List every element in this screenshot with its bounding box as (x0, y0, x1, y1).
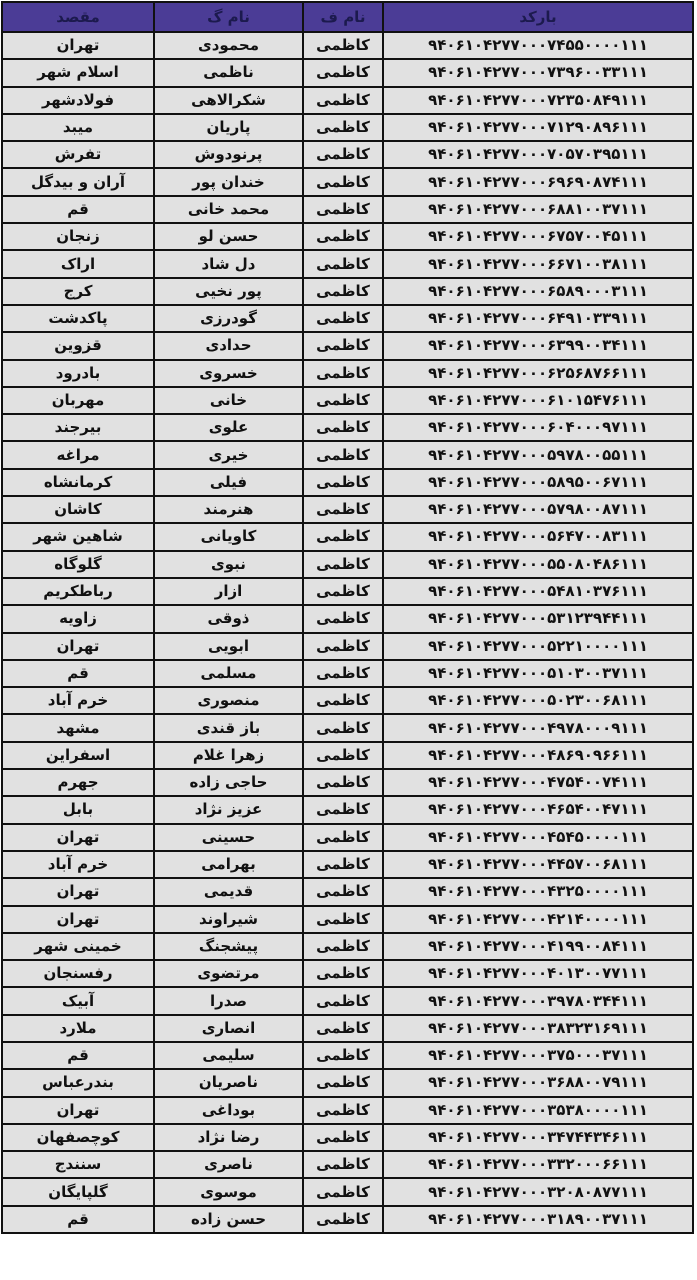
cell-destination: فولادشهر (2, 87, 154, 114)
cell-barcode: ۹۴۰۶۱۰۴۲۷۷۰۰۰۵۶۴۷۰۰۸۳۱۱۱ (383, 523, 693, 550)
table-row: ۹۴۰۶۱۰۴۲۷۷۰۰۰۵۷۹۸۰۰۸۷۱۱۱کاظمیهنرمندکاشان (2, 496, 693, 523)
table-row: ۹۴۰۶۱۰۴۲۷۷۰۰۰۴۴۵۷۰۰۶۸۱۱۱کاظمیبهرامیخرم آ… (2, 851, 693, 878)
cell-last-name: کاظمی (303, 960, 383, 987)
table-row: ۹۴۰۶۱۰۴۲۷۷۰۰۰۷۲۳۵۰۸۴۹۱۱۱کاظمیشکرالاهیفول… (2, 87, 693, 114)
cell-barcode: ۹۴۰۶۱۰۴۲۷۷۰۰۰۳۴۷۴۴۳۴۶۱۱۱ (383, 1124, 693, 1151)
cell-last-name: کاظمی (303, 360, 383, 387)
cell-last-name: کاظمی (303, 769, 383, 796)
cell-first-name: باز قندی (154, 714, 303, 741)
cell-barcode: ۹۴۰۶۱۰۴۲۷۷۰۰۰۵۳۱۲۳۹۴۴۱۱۱ (383, 605, 693, 632)
cell-destination: سنندج (2, 1151, 154, 1178)
cell-first-name: هنرمند (154, 496, 303, 523)
cell-last-name: کاظمی (303, 250, 383, 277)
table-row: ۹۴۰۶۱۰۴۲۷۷۰۰۰۳۸۳۲۳۱۶۹۱۱۱کاظمیانصاریملارد (2, 1015, 693, 1042)
cell-last-name: کاظمی (303, 469, 383, 496)
cell-destination: قم (2, 1042, 154, 1069)
cell-last-name: کاظمی (303, 414, 383, 441)
cell-first-name: خندان پور (154, 168, 303, 195)
cell-first-name: ابویی (154, 633, 303, 660)
cell-last-name: کاظمی (303, 32, 383, 59)
cell-barcode: ۹۴۰۶۱۰۴۲۷۷۰۰۰۵۱۰۳۰۰۳۷۱۱۱ (383, 660, 693, 687)
cell-destination: رباطکریم (2, 578, 154, 605)
table-row: ۹۴۰۶۱۰۴۲۷۷۰۰۰۶۰۴۰۰۰۹۷۱۱۱کاظمیعلویبیرجند (2, 414, 693, 441)
table-row: ۹۴۰۶۱۰۴۲۷۷۰۰۰۷۴۵۵۰۰۰۰۱۱۱کاظمیمحمودیتهران (2, 32, 693, 59)
cell-last-name: کاظمی (303, 87, 383, 114)
cell-last-name: کاظمی (303, 496, 383, 523)
table-row: ۹۴۰۶۱۰۴۲۷۷۰۰۰۶۶۷۱۰۰۳۸۱۱۱کاظمیدل شاداراک (2, 250, 693, 277)
table-row: ۹۴۰۶۱۰۴۲۷۷۰۰۰۴۵۴۵۰۰۰۰۱۱۱کاظمیحسینیتهران (2, 824, 693, 851)
cell-destination: تهران (2, 32, 154, 59)
cell-barcode: ۹۴۰۶۱۰۴۲۷۷۰۰۰۵۴۸۱۰۳۷۶۱۱۱ (383, 578, 693, 605)
cell-destination: تهران (2, 878, 154, 905)
cell-destination: قم (2, 1206, 154, 1233)
table-row: ۹۴۰۶۱۰۴۲۷۷۰۰۰۶۲۵۶۸۷۶۶۱۱۱کاظمیخسرویبادرود (2, 360, 693, 387)
cell-barcode: ۹۴۰۶۱۰۴۲۷۷۰۰۰۷۳۹۶۰۰۳۳۱۱۱ (383, 59, 693, 86)
table-row: ۹۴۰۶۱۰۴۲۷۷۰۰۰۳۹۷۸۰۳۴۴۱۱۱کاظمیصدراآبیک (2, 987, 693, 1014)
table-row: ۹۴۰۶۱۰۴۲۷۷۰۰۰۴۲۱۴۰۰۰۰۱۱۱کاظمیشیراوندتهرا… (2, 906, 693, 933)
cell-first-name: حاجی زاده (154, 769, 303, 796)
cell-destination: تهران (2, 633, 154, 660)
table-row: ۹۴۰۶۱۰۴۲۷۷۰۰۰۷۰۵۷۰۳۹۵۱۱۱کاظمیپرنودوشتفرش (2, 141, 693, 168)
cell-destination: خرم آباد (2, 851, 154, 878)
cell-destination: آران و بیدگل (2, 168, 154, 195)
cell-destination: زاویه (2, 605, 154, 632)
table-row: ۹۴۰۶۱۰۴۲۷۷۰۰۰۴۰۱۳۰۰۷۷۱۱۱کاظمیمرتضویرفسنج… (2, 960, 693, 987)
table-row: ۹۴۰۶۱۰۴۲۷۷۰۰۰۵۰۲۳۰۰۶۸۱۱۱کاظمیمنصوریخرم آ… (2, 687, 693, 714)
cell-destination: اراک (2, 250, 154, 277)
cell-last-name: کاظمی (303, 1097, 383, 1124)
cell-destination: کوچصفهان (2, 1124, 154, 1151)
cell-last-name: کاظمی (303, 633, 383, 660)
cell-barcode: ۹۴۰۶۱۰۴۲۷۷۰۰۰۳۶۸۸۰۰۷۹۱۱۱ (383, 1069, 693, 1096)
cell-first-name: حسن زاده (154, 1206, 303, 1233)
cell-first-name: محمودی (154, 32, 303, 59)
cell-destination: گلوگاه (2, 551, 154, 578)
cell-last-name: کاظمی (303, 578, 383, 605)
cell-first-name: زهرا غلام (154, 742, 303, 769)
table-row: ۹۴۰۶۱۰۴۲۷۷۰۰۰۴۶۵۴۰۰۴۷۱۱۱کاظمیعزیز نژادبا… (2, 796, 693, 823)
cell-barcode: ۹۴۰۶۱۰۴۲۷۷۰۰۰۶۷۵۷۰۰۴۵۱۱۱ (383, 223, 693, 250)
cell-barcode: ۹۴۰۶۱۰۴۲۷۷۰۰۰۴۱۹۹۰۰۸۴۱۱۱ (383, 933, 693, 960)
cell-last-name: کاظمی (303, 196, 383, 223)
table-row: ۹۴۰۶۱۰۴۲۷۷۰۰۰۳۴۷۴۴۳۴۶۱۱۱کاظمیرضا نژادکوچ… (2, 1124, 693, 1151)
cell-first-name: پور نخیی (154, 278, 303, 305)
table-row: ۹۴۰۶۱۰۴۲۷۷۰۰۰۵۳۱۲۳۹۴۴۱۱۱کاظمیذوقیزاویه (2, 605, 693, 632)
cell-last-name: کاظمی (303, 168, 383, 195)
cell-barcode: ۹۴۰۶۱۰۴۲۷۷۰۰۰۶۶۷۱۰۰۳۸۱۱۱ (383, 250, 693, 277)
cell-barcode: ۹۴۰۶۱۰۴۲۷۷۰۰۰۴۰۱۳۰۰۷۷۱۱۱ (383, 960, 693, 987)
cell-last-name: کاظمی (303, 441, 383, 468)
cell-last-name: کاظمی (303, 933, 383, 960)
cell-last-name: کاظمی (303, 1015, 383, 1042)
table-row: ۹۴۰۶۱۰۴۲۷۷۰۰۰۳۶۸۸۰۰۷۹۱۱۱کاظمیناصریانبندر… (2, 1069, 693, 1096)
cell-destination: جهرم (2, 769, 154, 796)
cell-barcode: ۹۴۰۶۱۰۴۲۷۷۰۰۰۵۷۹۸۰۰۸۷۱۱۱ (383, 496, 693, 523)
cell-barcode: ۹۴۰۶۱۰۴۲۷۷۰۰۰۷۱۲۹۰۸۹۶۱۱۱ (383, 114, 693, 141)
cell-barcode: ۹۴۰۶۱۰۴۲۷۷۰۰۰۳۳۲۰۰۰۶۶۱۱۱ (383, 1151, 693, 1178)
cell-last-name: کاظمی (303, 387, 383, 414)
table-row: ۹۴۰۶۱۰۴۲۷۷۰۰۰۳۲۰۸۰۸۷۷۱۱۱کاظمیموسویگلپایگ… (2, 1178, 693, 1205)
table-row: ۹۴۰۶۱۰۴۲۷۷۰۰۰۳۵۳۸۰۰۰۰۱۱۱کاظمیبوداغیتهران (2, 1097, 693, 1124)
cell-barcode: ۹۴۰۶۱۰۴۲۷۷۰۰۰۴۹۷۸۰۰۰۹۱۱۱ (383, 714, 693, 741)
cell-barcode: ۹۴۰۶۱۰۴۲۷۷۰۰۰۶۴۹۱۰۳۳۹۱۱۱ (383, 305, 693, 332)
table-row: ۹۴۰۶۱۰۴۲۷۷۰۰۰۵۱۰۳۰۰۳۷۱۱۱کاظمیمسلمیقم (2, 660, 693, 687)
cell-first-name: ازار (154, 578, 303, 605)
cell-first-name: شیراوند (154, 906, 303, 933)
cell-first-name: مسلمی (154, 660, 303, 687)
cell-barcode: ۹۴۰۶۱۰۴۲۷۷۰۰۰۴۴۵۷۰۰۶۸۱۱۱ (383, 851, 693, 878)
cell-destination: مشهد (2, 714, 154, 741)
cell-destination: شاهین شهر (2, 523, 154, 550)
cell-destination: کرمانشاه (2, 469, 154, 496)
table-row: ۹۴۰۶۱۰۴۲۷۷۰۰۰۵۶۴۷۰۰۸۳۱۱۱کاظمیکاویانیشاهی… (2, 523, 693, 550)
cell-destination: زنجان (2, 223, 154, 250)
table-row: ۹۴۰۶۱۰۴۲۷۷۰۰۰۳۷۵۰۰۰۳۷۱۱۱کاظمیسلیمیقم (2, 1042, 693, 1069)
cell-first-name: بهرامی (154, 851, 303, 878)
cell-barcode: ۹۴۰۶۱۰۴۲۷۷۰۰۰۵۰۲۳۰۰۶۸۱۱۱ (383, 687, 693, 714)
cell-last-name: کاظمی (303, 1042, 383, 1069)
cell-first-name: خسروی (154, 360, 303, 387)
cell-destination: ملارد (2, 1015, 154, 1042)
cell-destination: قم (2, 196, 154, 223)
cell-barcode: ۹۴۰۶۱۰۴۲۷۷۰۰۰۵۹۷۸۰۰۵۵۱۱۱ (383, 441, 693, 468)
cell-first-name: پیشجنگ (154, 933, 303, 960)
cell-first-name: علوی (154, 414, 303, 441)
cell-first-name: حدادی (154, 332, 303, 359)
table-row: ۹۴۰۶۱۰۴۲۷۷۰۰۰۶۸۸۱۰۰۳۷۱۱۱کاظمیمحمد خانیقم (2, 196, 693, 223)
cell-last-name: کاظمی (303, 551, 383, 578)
cell-last-name: کاظمی (303, 1124, 383, 1151)
cell-last-name: کاظمی (303, 1178, 383, 1205)
cell-barcode: ۹۴۰۶۱۰۴۲۷۷۰۰۰۳۱۸۹۰۰۳۷۱۱۱ (383, 1206, 693, 1233)
cell-last-name: کاظمی (303, 1206, 383, 1233)
cell-last-name: کاظمی (303, 742, 383, 769)
cell-first-name: ذوقی (154, 605, 303, 632)
cell-barcode: ۹۴۰۶۱۰۴۲۷۷۰۰۰۴۵۴۵۰۰۰۰۱۱۱ (383, 824, 693, 851)
cell-barcode: ۹۴۰۶۱۰۴۲۷۷۰۰۰۳۸۳۲۳۱۶۹۱۱۱ (383, 1015, 693, 1042)
cell-destination: مراغه (2, 441, 154, 468)
cell-destination: اسفراین (2, 742, 154, 769)
cell-first-name: خیری (154, 441, 303, 468)
cell-first-name: منصوری (154, 687, 303, 714)
cell-last-name: کاظمی (303, 114, 383, 141)
cell-barcode: ۹۴۰۶۱۰۴۲۷۷۰۰۰۶۲۵۶۸۷۶۶۱۱۱ (383, 360, 693, 387)
cell-last-name: کاظمی (303, 824, 383, 851)
header-row: بارکد نام ف نام گ مقصد (2, 2, 693, 32)
cell-barcode: ۹۴۰۶۱۰۴۲۷۷۰۰۰۴۷۵۴۰۰۷۴۱۱۱ (383, 769, 693, 796)
cell-destination: بابل (2, 796, 154, 823)
cell-first-name: مرتضوی (154, 960, 303, 987)
table-row: ۹۴۰۶۱۰۴۲۷۷۰۰۰۷۱۲۹۰۸۹۶۱۱۱کاظمیپاریانمیبد (2, 114, 693, 141)
cell-last-name: کاظمی (303, 223, 383, 250)
cell-barcode: ۹۴۰۶۱۰۴۲۷۷۰۰۰۶۵۸۹۰۰۰۳۱۱۱ (383, 278, 693, 305)
cell-last-name: کاظمی (303, 141, 383, 168)
cell-barcode: ۹۴۰۶۱۰۴۲۷۷۰۰۰۵۸۹۵۰۰۶۷۱۱۱ (383, 469, 693, 496)
table-row: ۹۴۰۶۱۰۴۲۷۷۰۰۰۵۹۷۸۰۰۵۵۱۱۱کاظمیخیریمراغه (2, 441, 693, 468)
cell-destination: بندرعباس (2, 1069, 154, 1096)
cell-first-name: حسینی (154, 824, 303, 851)
cell-last-name: کاظمی (303, 906, 383, 933)
table-row: ۹۴۰۶۱۰۴۲۷۷۰۰۰۶۹۶۹۰۸۷۴۱۱۱کاظمیخندان پورآر… (2, 168, 693, 195)
table-body: ۹۴۰۶۱۰۴۲۷۷۰۰۰۷۴۵۵۰۰۰۰۱۱۱کاظمیمحمودیتهران… (2, 32, 693, 1233)
table-row: ۹۴۰۶۱۰۴۲۷۷۰۰۰۴۷۵۴۰۰۷۴۱۱۱کاظمیحاجی زادهجه… (2, 769, 693, 796)
cell-first-name: حسن لو (154, 223, 303, 250)
table-row: ۹۴۰۶۱۰۴۲۷۷۰۰۰۶۵۸۹۰۰۰۳۱۱۱کاظمیپور نخییکرج (2, 278, 693, 305)
cell-last-name: کاظمی (303, 605, 383, 632)
cell-first-name: عزیز نژاد (154, 796, 303, 823)
header-destination: مقصد (2, 2, 154, 32)
cell-barcode: ۹۴۰۶۱۰۴۲۷۷۰۰۰۳۵۳۸۰۰۰۰۱۱۱ (383, 1097, 693, 1124)
cell-first-name: ناصریان (154, 1069, 303, 1096)
cell-last-name: کاظمی (303, 660, 383, 687)
cell-destination: بیرجند (2, 414, 154, 441)
cell-last-name: کاظمی (303, 1069, 383, 1096)
cell-first-name: انصاری (154, 1015, 303, 1042)
cell-first-name: قدیمی (154, 878, 303, 905)
cell-barcode: ۹۴۰۶۱۰۴۲۷۷۰۰۰۶۳۹۹۰۰۳۴۱۱۱ (383, 332, 693, 359)
cell-last-name: کاظمی (303, 714, 383, 741)
cell-first-name: گودرزی (154, 305, 303, 332)
cell-destination: گلپایگان (2, 1178, 154, 1205)
cell-destination: تهران (2, 906, 154, 933)
cell-barcode: ۹۴۰۶۱۰۴۲۷۷۰۰۰۷۴۵۵۰۰۰۰۱۱۱ (383, 32, 693, 59)
cell-first-name: پرنودوش (154, 141, 303, 168)
cell-first-name: شکرالاهی (154, 87, 303, 114)
header-barcode: بارکد (383, 2, 693, 32)
cell-last-name: کاظمی (303, 687, 383, 714)
cell-first-name: نبوی (154, 551, 303, 578)
cell-last-name: کاظمی (303, 1151, 383, 1178)
table-row: ۹۴۰۶۱۰۴۲۷۷۰۰۰۷۳۹۶۰۰۳۳۱۱۱کاظمیناظمیاسلام … (2, 59, 693, 86)
cell-last-name: کاظمی (303, 332, 383, 359)
cell-last-name: کاظمی (303, 523, 383, 550)
cell-destination: مهربان (2, 387, 154, 414)
shipment-table: بارکد نام ف نام گ مقصد ۹۴۰۶۱۰۴۲۷۷۰۰۰۷۴۵۵… (1, 1, 694, 1234)
cell-barcode: ۹۴۰۶۱۰۴۲۷۷۰۰۰۶۰۴۰۰۰۹۷۱۱۱ (383, 414, 693, 441)
cell-first-name: خانی (154, 387, 303, 414)
table-row: ۹۴۰۶۱۰۴۲۷۷۰۰۰۶۳۹۹۰۰۳۴۱۱۱کاظمیحدادیقزوین (2, 332, 693, 359)
cell-barcode: ۹۴۰۶۱۰۴۲۷۷۰۰۰۶۸۸۱۰۰۳۷۱۱۱ (383, 196, 693, 223)
cell-barcode: ۹۴۰۶۱۰۴۲۷۷۰۰۰۴۶۵۴۰۰۴۷۱۱۱ (383, 796, 693, 823)
cell-barcode: ۹۴۰۶۱۰۴۲۷۷۰۰۰۵۲۲۱۰۰۰۰۱۱۱ (383, 633, 693, 660)
table-row: ۹۴۰۶۱۰۴۲۷۷۰۰۰۵۵۰۸۰۴۸۶۱۱۱کاظمینبویگلوگاه (2, 551, 693, 578)
cell-destination: آبیک (2, 987, 154, 1014)
cell-barcode: ۹۴۰۶۱۰۴۲۷۷۰۰۰۳۲۰۸۰۸۷۷۱۱۱ (383, 1178, 693, 1205)
cell-destination: تفرش (2, 141, 154, 168)
cell-barcode: ۹۴۰۶۱۰۴۲۷۷۰۰۰۴۳۲۵۰۰۰۰۱۱۱ (383, 878, 693, 905)
table-row: ۹۴۰۶۱۰۴۲۷۷۰۰۰۶۷۵۷۰۰۴۵۱۱۱کاظمیحسن لوزنجان (2, 223, 693, 250)
cell-barcode: ۹۴۰۶۱۰۴۲۷۷۰۰۰۶۱۰۱۵۴۷۶۱۱۱ (383, 387, 693, 414)
table-row: ۹۴۰۶۱۰۴۲۷۷۰۰۰۶۱۰۱۵۴۷۶۱۱۱کاظمیخانیمهربان (2, 387, 693, 414)
cell-barcode: ۹۴۰۶۱۰۴۲۷۷۰۰۰۷۲۳۵۰۸۴۹۱۱۱ (383, 87, 693, 114)
cell-destination: قم (2, 660, 154, 687)
cell-last-name: کاظمی (303, 851, 383, 878)
cell-last-name: کاظمی (303, 987, 383, 1014)
header-last-name: نام ف (303, 2, 383, 32)
cell-barcode: ۹۴۰۶۱۰۴۲۷۷۰۰۰۴۲۱۴۰۰۰۰۱۱۱ (383, 906, 693, 933)
table-row: ۹۴۰۶۱۰۴۲۷۷۰۰۰۴۳۲۵۰۰۰۰۱۱۱کاظمیقدیمیتهران (2, 878, 693, 905)
cell-last-name: کاظمی (303, 59, 383, 86)
cell-destination: رفسنجان (2, 960, 154, 987)
header-first-name: نام گ (154, 2, 303, 32)
cell-destination: بادرود (2, 360, 154, 387)
cell-last-name: کاظمی (303, 278, 383, 305)
table-header: بارکد نام ف نام گ مقصد (2, 2, 693, 32)
cell-barcode: ۹۴۰۶۱۰۴۲۷۷۰۰۰۴۸۶۹۰۹۶۶۱۱۱ (383, 742, 693, 769)
cell-barcode: ۹۴۰۶۱۰۴۲۷۷۰۰۰۶۹۶۹۰۸۷۴۱۱۱ (383, 168, 693, 195)
table-row: ۹۴۰۶۱۰۴۲۷۷۰۰۰۵۸۹۵۰۰۶۷۱۱۱کاظمیفیلیکرمانشا… (2, 469, 693, 496)
cell-first-name: ناصری (154, 1151, 303, 1178)
table-row: ۹۴۰۶۱۰۴۲۷۷۰۰۰۴۸۶۹۰۹۶۶۱۱۱کاظمیزهرا غلاماس… (2, 742, 693, 769)
table-row: ۹۴۰۶۱۰۴۲۷۷۰۰۰۳۱۸۹۰۰۳۷۱۱۱کاظمیحسن زادهقم (2, 1206, 693, 1233)
cell-destination: کاشان (2, 496, 154, 523)
cell-first-name: پاریان (154, 114, 303, 141)
cell-destination: اسلام شهر (2, 59, 154, 86)
cell-destination: خرم آباد (2, 687, 154, 714)
table-row: ۹۴۰۶۱۰۴۲۷۷۰۰۰۵۴۸۱۰۳۷۶۱۱۱کاظمیازاررباطکری… (2, 578, 693, 605)
cell-first-name: ناظمی (154, 59, 303, 86)
spreadsheet: بارکد نام ف نام گ مقصد ۹۴۰۶۱۰۴۲۷۷۰۰۰۷۴۵۵… (3, 1, 694, 1234)
table-row: ۹۴۰۶۱۰۴۲۷۷۰۰۰۵۲۲۱۰۰۰۰۱۱۱کاظمیابوییتهران (2, 633, 693, 660)
cell-first-name: صدرا (154, 987, 303, 1014)
cell-barcode: ۹۴۰۶۱۰۴۲۷۷۰۰۰۳۹۷۸۰۳۴۴۱۱۱ (383, 987, 693, 1014)
cell-destination: کرج (2, 278, 154, 305)
table-row: ۹۴۰۶۱۰۴۲۷۷۰۰۰۶۴۹۱۰۳۳۹۱۱۱کاظمیگودرزیپاکدش… (2, 305, 693, 332)
cell-first-name: کاویانی (154, 523, 303, 550)
cell-last-name: کاظمی (303, 878, 383, 905)
cell-destination: قزوین (2, 332, 154, 359)
cell-barcode: ۹۴۰۶۱۰۴۲۷۷۰۰۰۷۰۵۷۰۳۹۵۱۱۱ (383, 141, 693, 168)
cell-first-name: بوداغی (154, 1097, 303, 1124)
cell-last-name: کاظمی (303, 305, 383, 332)
cell-destination: تهران (2, 824, 154, 851)
cell-last-name: کاظمی (303, 796, 383, 823)
table-row: ۹۴۰۶۱۰۴۲۷۷۰۰۰۴۹۷۸۰۰۰۹۱۱۱کاظمیباز قندیمشه… (2, 714, 693, 741)
cell-destination: میبد (2, 114, 154, 141)
cell-first-name: محمد خانی (154, 196, 303, 223)
cell-destination: خمینی شهر (2, 933, 154, 960)
cell-first-name: فیلی (154, 469, 303, 496)
cell-barcode: ۹۴۰۶۱۰۴۲۷۷۰۰۰۳۷۵۰۰۰۳۷۱۱۱ (383, 1042, 693, 1069)
cell-first-name: سلیمی (154, 1042, 303, 1069)
cell-destination: تهران (2, 1097, 154, 1124)
cell-first-name: رضا نژاد (154, 1124, 303, 1151)
table-row: ۹۴۰۶۱۰۴۲۷۷۰۰۰۳۳۲۰۰۰۶۶۱۱۱کاظمیناصریسنندج (2, 1151, 693, 1178)
cell-first-name: موسوی (154, 1178, 303, 1205)
cell-first-name: دل شاد (154, 250, 303, 277)
cell-barcode: ۹۴۰۶۱۰۴۲۷۷۰۰۰۵۵۰۸۰۴۸۶۱۱۱ (383, 551, 693, 578)
cell-destination: پاکدشت (2, 305, 154, 332)
table-row: ۹۴۰۶۱۰۴۲۷۷۰۰۰۴۱۹۹۰۰۸۴۱۱۱کاظمیپیشجنگخمینی… (2, 933, 693, 960)
